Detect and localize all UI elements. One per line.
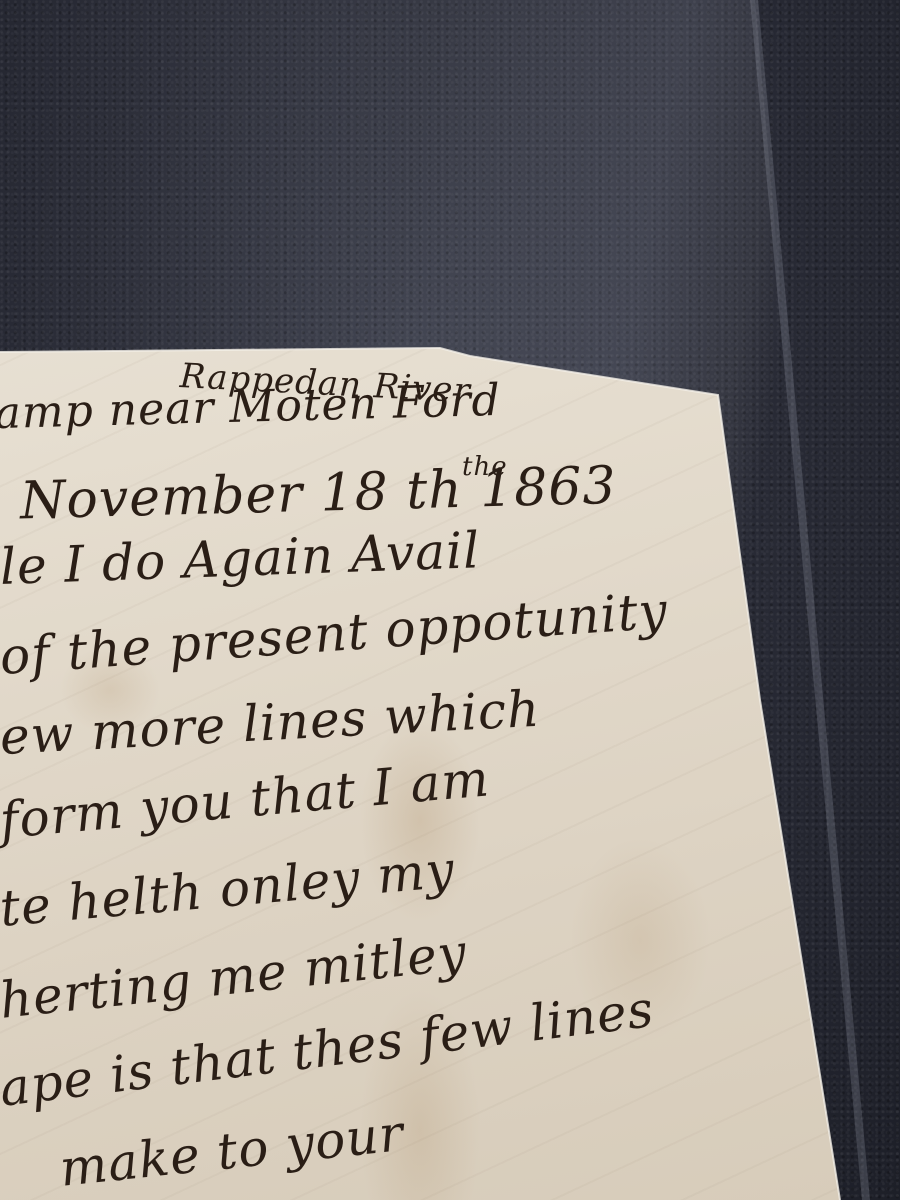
photo-scene: Rappedan River Camp near Moten Ford the … xyxy=(0,0,900,1200)
